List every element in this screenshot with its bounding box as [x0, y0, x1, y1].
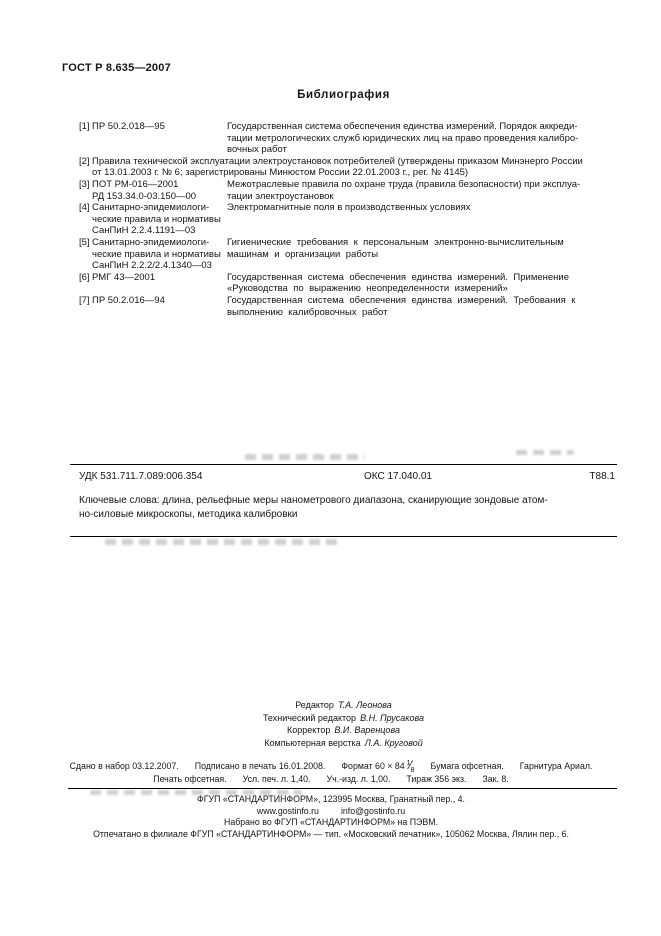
gost-document-page: ГОСТ Р 8.635—2007 Библиография [1] ПР 50…	[0, 0, 661, 936]
bibliography-entry: [3] ПОТ РМ-016—2001 РД 153.34.0-03.150—0…	[79, 179, 617, 202]
imprint-segment: Сдано в набор 03.12.2007.	[70, 761, 179, 771]
credit-name: В.Н. Прусакова	[360, 713, 424, 723]
classification-index: Т88.1	[589, 471, 615, 482]
imprint-segment: Зак. 8.	[482, 774, 508, 784]
publisher-website: www.gostinfo.ru	[257, 806, 319, 816]
credit-role: Редактор	[295, 700, 334, 710]
bibliography-list: [1] ПР 50.2.018—95 Государственная систе…	[79, 121, 617, 318]
publisher-address: ФГУП «СТАНДАРТИНФОРМ», 123995 Москва, Гр…	[46, 794, 616, 806]
entry-description: Государственная система обеспечения един…	[227, 121, 617, 156]
entry-ref: [1]	[79, 121, 92, 133]
keywords-paragraph: Ключевые слова: длина, рельефные меры на…	[79, 494, 617, 522]
entry-description: Государственная система обеспечения един…	[227, 272, 617, 295]
credit-role: Корректор	[287, 725, 330, 735]
bibliography-entry: [1] ПР 50.2.018—95 Государственная систе…	[79, 121, 617, 156]
imprint-segment: Гарнитура Ариал.	[520, 761, 593, 771]
entry-ref: [5]	[79, 237, 92, 249]
entry-description: Государственная система обеспечения един…	[227, 295, 617, 318]
imprint-segment: Подписано в печать 16.01.2008.	[195, 761, 326, 771]
publisher-printed: Отпечатано в филиале ФГУП «СТАНДАРТИНФОР…	[46, 829, 616, 841]
credit-name: Л.А. Круговой	[365, 738, 423, 748]
credit-role: Технический редактор	[263, 713, 356, 723]
divider-rule	[70, 536, 617, 537]
classification-row: УДК 531.711.7.089:006.354 ОКС 17.040.01 …	[70, 471, 617, 485]
scan-artifact	[105, 539, 337, 545]
entry-label: ПР 50.2.016—94	[92, 295, 227, 307]
entry-ref: [2]	[79, 156, 92, 168]
section-title: Библиография	[70, 89, 617, 101]
scan-artifact	[516, 450, 574, 455]
entry-description: Электромагнитные поля в производственных…	[227, 202, 617, 214]
imprint-segment: Бумага офсетная.	[430, 761, 503, 771]
publisher-block: ФГУП «СТАНДАРТИНФОРМ», 123995 Москва, Гр…	[46, 794, 616, 840]
imprint-segment: Тираж 356 экз.	[406, 774, 466, 784]
entry-label: РМГ 43—2001	[92, 272, 227, 284]
publisher-email: info@gostinfo.ru	[341, 806, 405, 816]
entry-ref: [4]	[79, 202, 92, 214]
imprint-segment: Уч.-изд. л. 1,00.	[326, 774, 390, 784]
credit-line: КорректорВ.И. Варенцова	[70, 724, 617, 737]
page-format-fraction: 1⁄8	[407, 758, 415, 774]
divider-rule	[70, 464, 617, 465]
credit-line: РедакторТ.А. Леонова	[70, 699, 617, 712]
publisher-contacts: www.gostinfo.ruinfo@gostinfo.ru	[46, 806, 616, 818]
credit-line: Технический редакторВ.Н. Прусакова	[70, 712, 617, 725]
entry-label: Санитарно-эпидемиологи- ческие правила и…	[92, 237, 227, 272]
divider-rule	[68, 788, 617, 789]
entry-ref: [7]	[79, 295, 92, 307]
entry-label: ПР 50.2.018—95	[92, 121, 227, 133]
bibliography-entry: [7] ПР 50.2.016—94 Государственная систе…	[79, 295, 617, 318]
entry-description: Межотраслевые правила по охране труда (п…	[227, 179, 617, 202]
bibliography-entry: [2] Правила технической эксплуатации эле…	[79, 156, 617, 179]
credit-role: Компьютерная верстка	[264, 738, 360, 748]
credits-block: РедакторТ.А. Леонова Технический редакто…	[70, 699, 617, 749]
bibliography-entry: [6] РМГ 43—2001 Государственная система …	[79, 272, 617, 295]
imprint-segment: Печать офсетная.	[153, 774, 226, 784]
scan-artifact	[245, 454, 365, 460]
entry-ref: [3]	[79, 179, 92, 191]
credit-name: Т.А. Леонова	[338, 700, 392, 710]
entry-description: Гигиенические требования к персональным …	[227, 237, 617, 260]
imprint-line-2: Печать офсетная.Усл. печ. л. 1,40.Уч.-из…	[46, 774, 616, 784]
bibliography-entry: [4] Санитарно-эпидемиологи- ческие прави…	[79, 202, 617, 237]
entry-label: Санитарно-эпидемиологи- ческие правила и…	[92, 202, 227, 237]
oks-code: ОКС 17.040.01	[364, 471, 432, 482]
doc-number: ГОСТ Р 8.635—2007	[62, 62, 171, 74]
publisher-typeset: Набрано во ФГУП «СТАНДАРТИНФОРМ» на ПЭВМ…	[46, 817, 616, 829]
entry-full-text: Правила технической эксплуатации электро…	[92, 156, 617, 179]
imprint-line-1: Сдано в набор 03.12.2007.Подписано в печ…	[46, 758, 616, 774]
bibliography-entry: [5] Санитарно-эпидемиологи- ческие прави…	[79, 237, 617, 272]
udk-code: УДК 531.711.7.089:006.354	[79, 471, 202, 482]
credit-line: Компьютерная версткаЛ.А. Круговой	[70, 737, 617, 750]
entry-ref: [6]	[79, 272, 92, 284]
imprint-segment: Усл. печ. л. 1,40.	[243, 774, 311, 784]
credit-name: В.И. Варенцова	[334, 725, 400, 735]
imprint-segment-format: Формат 60 × 841⁄8	[341, 761, 414, 771]
entry-label: ПОТ РМ-016—2001 РД 153.34.0-03.150—00	[92, 179, 227, 202]
